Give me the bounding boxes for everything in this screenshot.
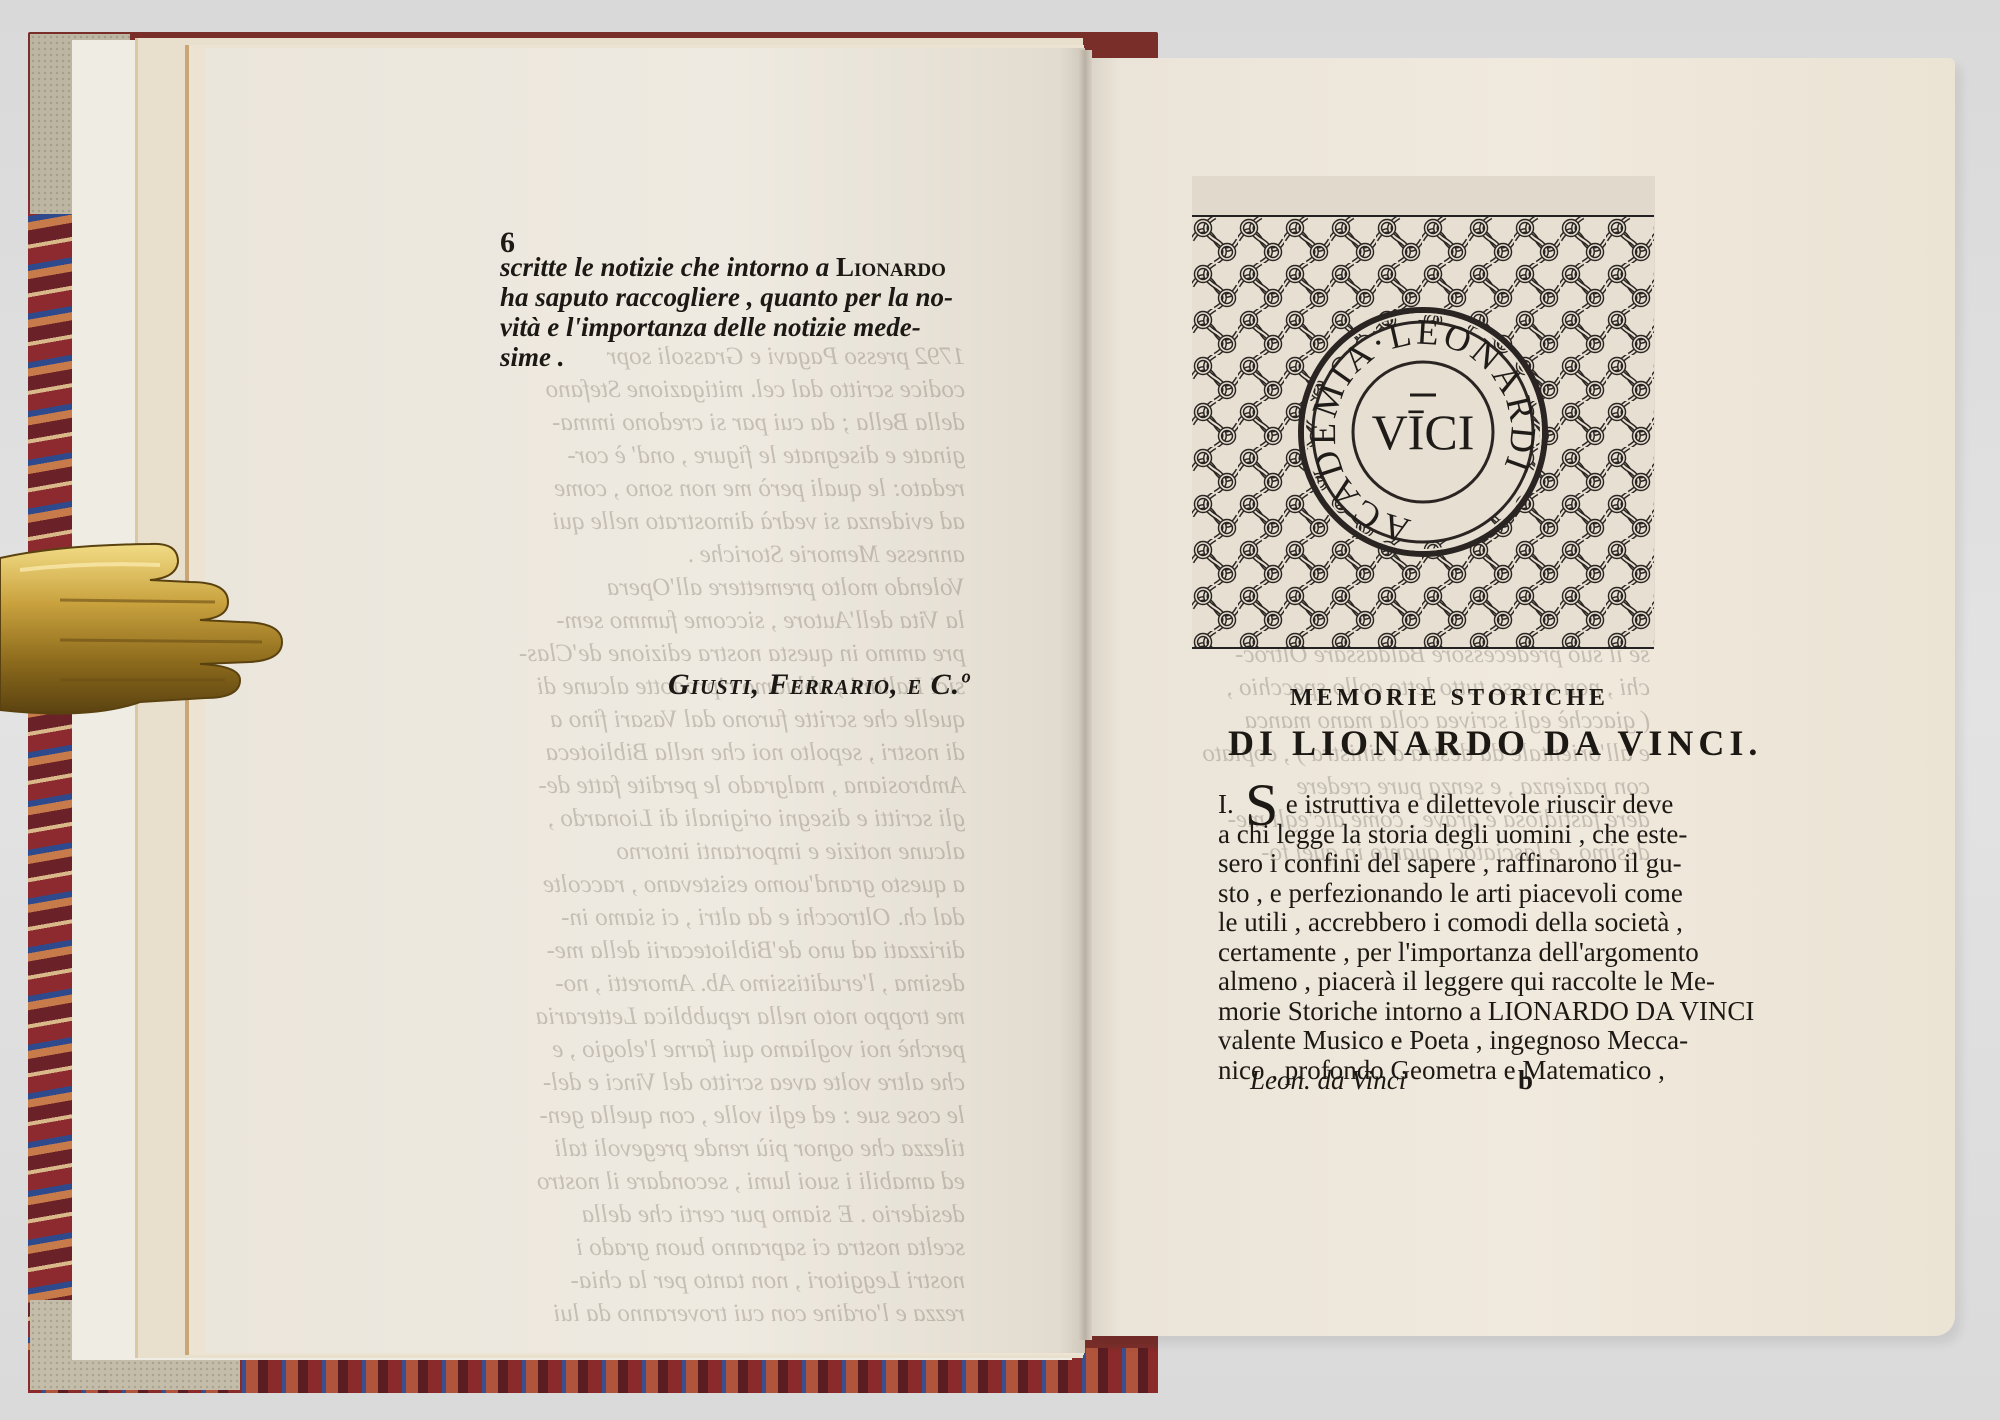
book-gutter — [1078, 50, 1092, 1340]
bleed-line: che altre volte avea scritto del Vinci e… — [505, 1066, 965, 1099]
text-line: certamente , per l'importanza dell'argom… — [1218, 938, 1643, 968]
bleed-line: scelta nostra ci sapranno buon grado i — [505, 1231, 965, 1264]
text-line: a chi legge la storia degli uomini , che… — [1218, 820, 1643, 850]
brass-hand-icon[interactable] — [0, 530, 290, 720]
bleed-line: alcune notizie e importanti intorno — [505, 835, 965, 868]
bleed-line: dal ch. Oltrocchi e da altri , ci siamo … — [505, 901, 965, 934]
bleed-line: redato: le quali però me non sono , come — [505, 472, 965, 505]
bleed-line: le cose sue : ed egli volle , con quella… — [505, 1099, 965, 1132]
emblem-center-text: VĪCI — [1372, 404, 1475, 460]
text-line: almeno , piacerà il leggere qui raccolte… — [1218, 967, 1643, 997]
bleed-line: gli scritti e disegni originali di Liona… — [505, 802, 965, 835]
text-line: scritte le notizie che intorno a Lionard… — [500, 252, 960, 282]
bleed-line: ginate e disegnate le figure , ond' è co… — [505, 439, 965, 472]
text-line: sime . — [500, 342, 960, 372]
bleed-line: me troppo noto nella repubblica Letterar… — [505, 1000, 965, 1033]
bleed-line: della Bella ; da cui par si credono imma… — [505, 406, 965, 439]
drop-cap: S — [1245, 775, 1278, 835]
text-line: ha saputo raccogliere , quanto per la no… — [500, 282, 960, 312]
bleed-line: la Vita dell'Autore , siccome fummo sem- — [505, 604, 965, 637]
bleed-line: nostri Leggitori , non tanto per la chia… — [505, 1264, 965, 1297]
text-line: le utili , accrebbero i comodi della soc… — [1218, 908, 1643, 938]
bleed-line: Ambrosiana , malgrado le perdite fatte d… — [505, 769, 965, 802]
text-line: vità e l'importanza delle notizie mede- — [500, 312, 960, 342]
left-page-text: scritte le notizie che intorno a Lionard… — [500, 252, 960, 372]
bleed-line: annesse Memorie Storiche . — [505, 538, 965, 571]
bleed-line: pre ammo in questa nostra edizione de'Cl… — [505, 637, 965, 670]
bleed-line: quelle che scritte furono dal Vasari fin… — [505, 703, 965, 736]
bleed-line: tilezza che ognor più rende pregevoli ta… — [505, 1132, 965, 1165]
brass-hand-icon — [0, 530, 290, 720]
academia-leonardi-emblem[interactable]: ACADEMIA·LEONARDI VĪCI — [1192, 215, 1654, 649]
bleed-line: desiderio . E siamo pur certi che della — [505, 1198, 965, 1231]
text-line: sero i confini del sapere , raffinarono … — [1218, 849, 1643, 879]
right-page-body: I.e istruttiva e dilettevole riuscir dev… — [1218, 790, 1643, 1085]
publisher-imprint: Giusti, Ferrario, e C.º — [668, 668, 970, 702]
left-bleed-through-text: 1792 presso Pagavi e Grassoli soprcodice… — [505, 340, 965, 1330]
bleed-line: ed amabili i suoi lumi , secondare il no… — [505, 1165, 965, 1198]
text-line: sto , e perfezionando le arti piacevoli … — [1218, 879, 1643, 909]
text-line: morie Storiche intorno a LIONARDO DA VIN… — [1218, 997, 1643, 1027]
bleed-line: di nostri , sepolto noi che nella Biblio… — [505, 736, 965, 769]
bleed-line: ad evidenza si vedrà dimostrato nelle qu… — [505, 505, 965, 538]
bleed-line: perchè noi vogliamo qui farne l'elogio ,… — [505, 1033, 965, 1066]
bleed-line: desima , l'eruditissimo Ab. Amoretti , n… — [505, 967, 965, 1000]
bleed-line: codice scritto dal cel. mitigazione Stef… — [505, 373, 965, 406]
text-line: I.e istruttiva e dilettevole riuscir dev… — [1218, 790, 1643, 820]
bleed-line: rezza e l'ordine con cui troveranno da l… — [505, 1297, 965, 1330]
title-line-1: MEMORIE STORICHE — [1290, 685, 1609, 712]
signature-mark: b — [1518, 1065, 1533, 1096]
bleed-line: Volendo molto premettere all'Opera — [505, 571, 965, 604]
knotwork-icon: ACADEMIA·LEONARDI VĪCI — [1192, 217, 1654, 647]
title-line-2: DI LIONARDO DA VINCI. — [1228, 722, 1762, 764]
bleed-line: a questo grand'uomo esistevano , raccolt… — [505, 868, 965, 901]
bleed-line: dirizzati ad uno de'Bibliotecarii della … — [505, 934, 965, 967]
text-line: valente Musico e Poeta , ingegnoso Mecca… — [1218, 1026, 1643, 1056]
signature-label: Leon. da Vinci — [1250, 1065, 1406, 1096]
